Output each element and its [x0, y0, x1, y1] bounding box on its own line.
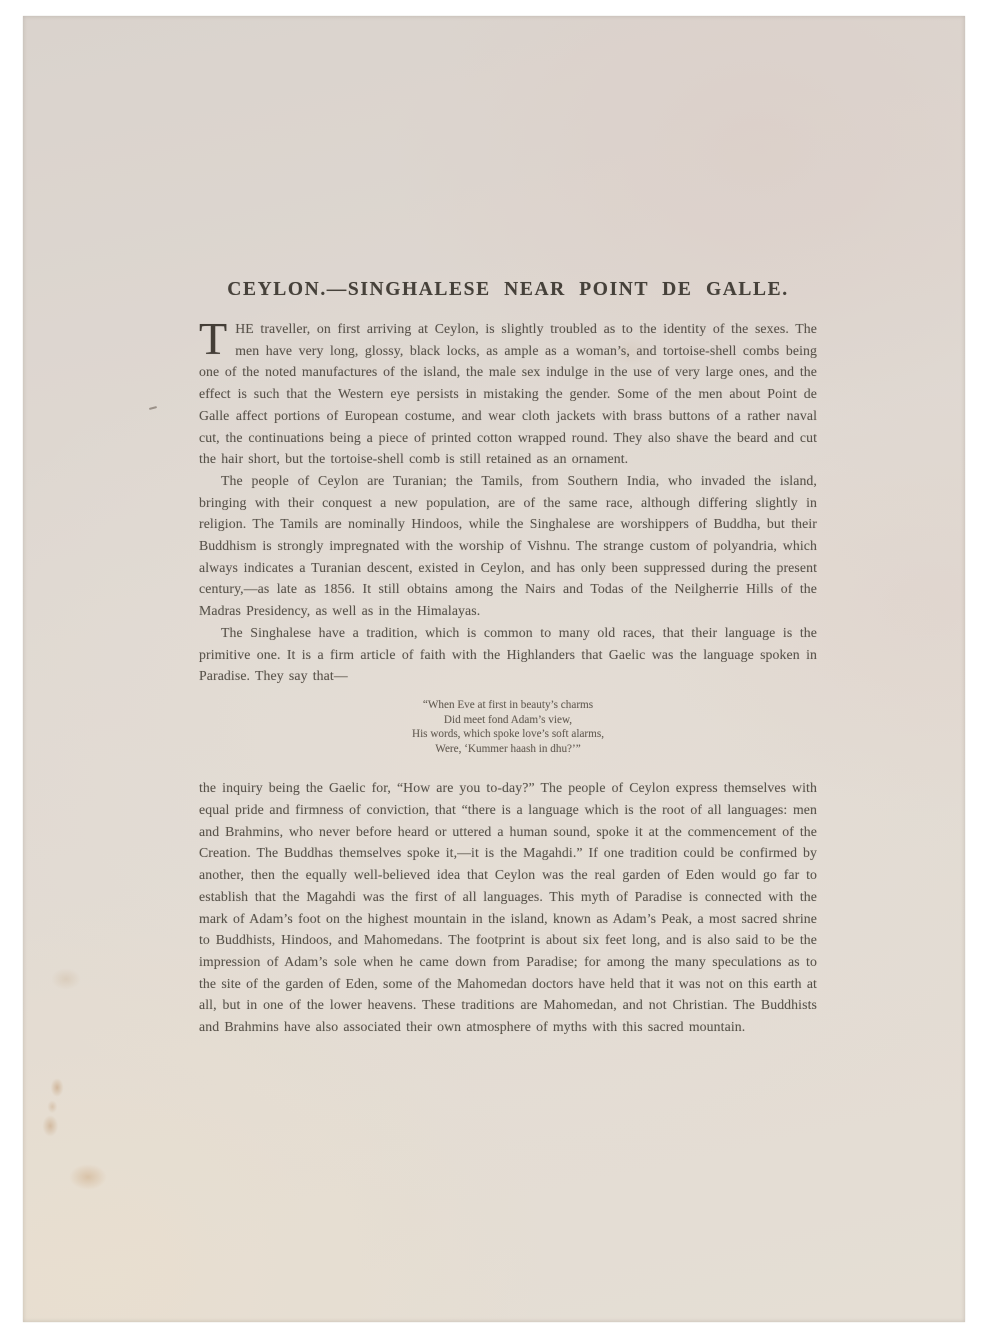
verse-line: “When Eve at first in beauty’s charms [199, 698, 817, 713]
paragraph: the inquiry being the Gaelic for, “How a… [199, 777, 817, 1037]
ink-fleck [149, 406, 157, 410]
paragraph: The Singhalese have a tradition, which i… [199, 622, 817, 687]
paragraph-text: HE traveller, on first arriving at Ceylo… [199, 321, 817, 466]
page-title: CEYLON.—SINGHALESE NEAR POINT DE GALLE. [199, 279, 817, 301]
book-page: CEYLON.—SINGHALESE NEAR POINT DE GALLE. … [23, 16, 965, 1322]
foxing-stain [36, 1076, 70, 1140]
verse-line: Were, ‘Kummer haash in dhu?’” [199, 742, 817, 757]
verse-line: Did meet fond Adam’s view, [199, 713, 817, 728]
verse-quatrain: “When Eve at first in beauty’s charms Di… [199, 698, 817, 756]
drop-cap: T [199, 318, 235, 357]
text-block: CEYLON.—SINGHALESE NEAR POINT DE GALLE. … [199, 279, 817, 1038]
foxing-stain [51, 968, 81, 990]
verse-line: His words, which spoke love’s soft alarm… [199, 727, 817, 742]
foxing-stain [69, 1164, 107, 1190]
paragraph: THE traveller, on first arriving at Ceyl… [199, 318, 817, 470]
scan-canvas: CEYLON.—SINGHALESE NEAR POINT DE GALLE. … [0, 0, 988, 1339]
paragraph: The people of Ceylon are Turanian; the T… [199, 470, 817, 622]
